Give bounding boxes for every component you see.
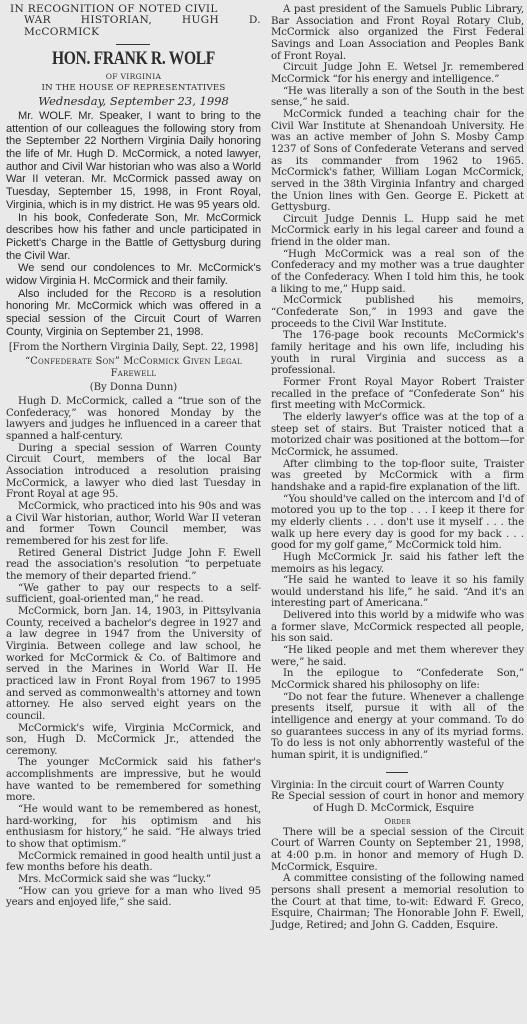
- article-paragraph: The younger McCormick said his father's …: [6, 757, 261, 804]
- article-paragraph: McCormick published his memoirs, “Confed…: [271, 295, 524, 330]
- headline-line-3: McCORMICK: [10, 27, 261, 38]
- article-paragraph: “He said he wanted to leave it so his fa…: [271, 575, 524, 610]
- article-paragraph: Circuit Judge Dennis L. Hupp said he met…: [271, 214, 524, 249]
- order-paragraph: There will be a special session of the C…: [271, 827, 524, 874]
- remarks-paragraph: We send our condolences to Mr. McCormick…: [6, 262, 261, 287]
- article-title: “Confederate Son” McCormick Given Legal …: [6, 356, 261, 379]
- article-paragraph: “Do not fear the future. Whenever a chal…: [271, 692, 524, 762]
- divider-rule: [386, 772, 408, 773]
- left-column: IN RECOGNITION OF NOTED CIVIL WAR HISTOR…: [6, 4, 261, 1024]
- order-paragraph: A committee consisting of the following …: [271, 873, 524, 931]
- remarks-paragraph: Mr. WOLF. Mr. Speaker, I want to bring t…: [6, 110, 261, 212]
- remarks: Mr. WOLF. Mr. Speaker, I want to bring t…: [6, 110, 261, 339]
- record-term: Record: [139, 288, 176, 300]
- article-paragraph: “You should've called on the intercom an…: [271, 494, 524, 552]
- article-paragraph: “He was literally a son of the South in …: [271, 86, 524, 109]
- right-column: A past president of the Samuels Public L…: [269, 4, 524, 1024]
- article-paragraph: McCormick remained in good health until …: [6, 851, 261, 874]
- article-body-right: A past president of the Samuels Public L…: [271, 4, 524, 762]
- remarks-paragraph: In his book, Confederate Son, Mr. McCorm…: [6, 212, 261, 263]
- divider-rule: [116, 44, 150, 45]
- article-paragraph: Delivered into this world by a midwife w…: [271, 610, 524, 645]
- article-paragraph: Circuit Judge John E. Wetsel Jr. remembe…: [271, 62, 524, 85]
- order-heading: Order: [271, 815, 524, 827]
- article-source: [From the Northern Virginia Daily, Sept.…: [6, 342, 261, 354]
- article-paragraph: “He liked people and met them wherever t…: [271, 645, 524, 668]
- article-paragraph: “Hugh McCormick was a real son of the Co…: [271, 249, 524, 296]
- article-paragraph: McCormick's wife, Virginia McCormick, an…: [6, 723, 261, 758]
- article-paragraph: Hugh McCormick Jr. said his father left …: [271, 552, 524, 575]
- congressional-record-page: IN RECOGNITION OF NOTED CIVIL WAR HISTOR…: [0, 0, 527, 1024]
- remarks-paragraph: Also included for the Record is a resolu…: [6, 288, 261, 339]
- article-paragraph: McCormick funded a teaching chair for th…: [271, 109, 524, 214]
- court-re-line: Re Special session of court in honor and…: [271, 791, 524, 814]
- article-byline: (By Donna Dunn): [6, 382, 261, 394]
- article-paragraph: The 176-page book recounts McCormick's f…: [271, 330, 524, 377]
- article-paragraph: McCormick, who practiced into his 90s an…: [6, 501, 261, 548]
- court-order: Virginia: In the circuit court of Warren…: [271, 780, 524, 932]
- speaker-state: OF VIRGINIA: [6, 71, 261, 82]
- article-paragraph: A past president of the Samuels Public L…: [271, 4, 524, 62]
- article-paragraph: McCormick, born Jan. 14, 1903, in Pittsy…: [6, 606, 261, 723]
- order-body: There will be a special session of the C…: [271, 827, 524, 932]
- headline-line-2: WAR HISTORIAN, HUGH D.: [10, 15, 261, 26]
- article-paragraph: “We gather to pay our respects to a self…: [6, 583, 261, 606]
- section-headline: IN RECOGNITION OF NOTED CIVIL WAR HISTOR…: [6, 4, 261, 38]
- session-date: Wednesday, September 23, 1998: [6, 94, 261, 108]
- article-paragraph: Mrs. McCormick said she was “lucky.”: [6, 874, 261, 886]
- article-paragraph: “How can you grieve for a man who lived …: [6, 886, 261, 909]
- article-paragraph: After climbing to the top-floor suite, T…: [271, 459, 524, 494]
- article-paragraph: In the epilogue to “Confederate Son,” Mc…: [271, 668, 524, 691]
- chamber-label: IN THE HOUSE OF REPRESENTATIVES: [6, 82, 261, 94]
- speaker-name: HON. FRANK R. WOLF: [29, 49, 238, 69]
- article-paragraph: “He would want to be remembered as hones…: [6, 804, 261, 851]
- article-paragraph: The elderly lawyer's office was at the t…: [271, 412, 524, 459]
- article-paragraph: Retired General District Judge John F. E…: [6, 548, 261, 583]
- article-paragraph: During a special session of Warren Count…: [6, 443, 261, 501]
- court-jurisdiction: Virginia: In the circuit court of Warren…: [271, 780, 524, 792]
- article-body-left: Hugh D. McCormick, called a “true son of…: [6, 396, 261, 909]
- article-paragraph: Former Front Royal Mayor Robert Traister…: [271, 377, 524, 412]
- article-paragraph: Hugh D. McCormick, called a “true son of…: [6, 396, 261, 443]
